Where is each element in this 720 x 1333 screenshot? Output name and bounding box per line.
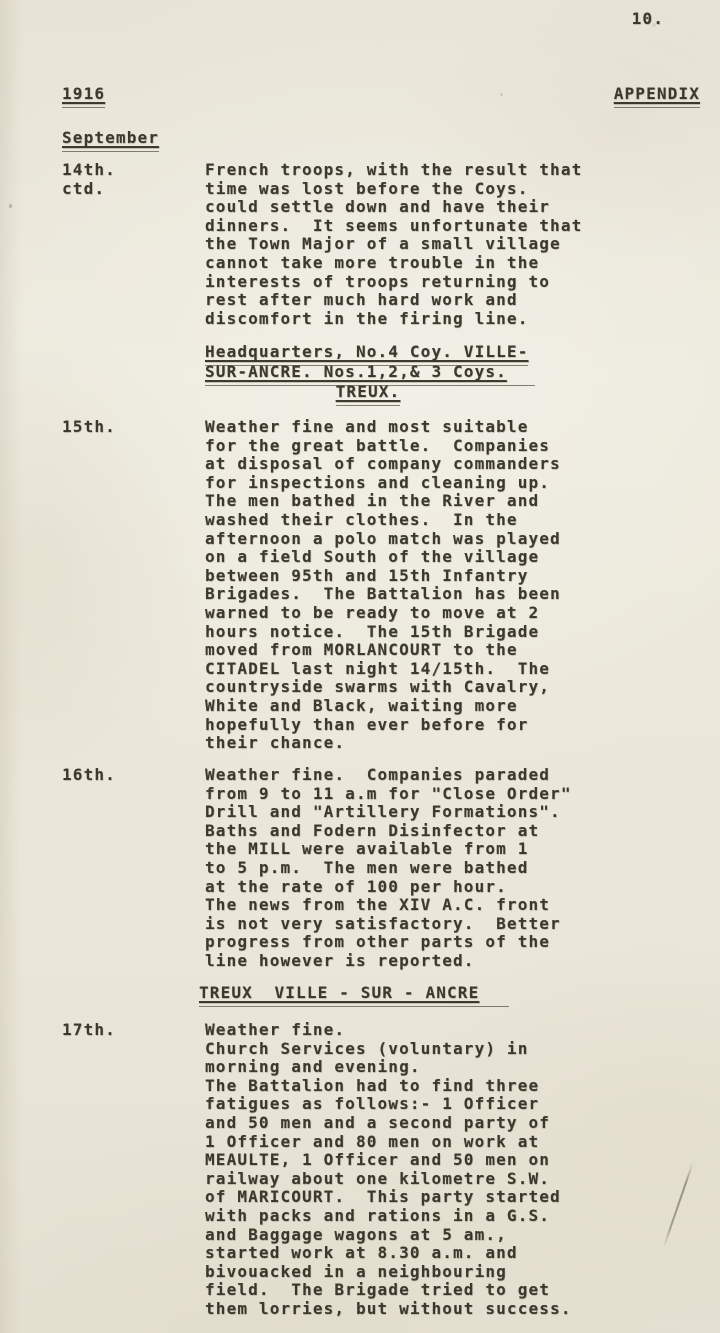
- entry-date: 16th.: [62, 766, 116, 785]
- entry-body: French troops, with the result that time…: [205, 161, 582, 328]
- paper-crease: [663, 1162, 694, 1248]
- appendix-heading: APPENDIX: [614, 84, 700, 108]
- paper-speck: [500, 93, 503, 96]
- page-number: 10.: [632, 10, 664, 29]
- paper-sheet: 10. 1916 APPENDIX September 14th. ctd. F…: [0, 0, 720, 1333]
- paper-speck: [652, 23, 656, 27]
- paper-speck: [9, 204, 12, 208]
- section-heading-treux: TREUX VILLE - SUR - ANCRE: [199, 983, 509, 1007]
- entry-date: 14th. ctd.: [62, 161, 116, 198]
- year-heading: 1916: [62, 84, 105, 108]
- entry-date: 15th.: [62, 418, 116, 437]
- entry-body: Weather fine. Church Services (voluntary…: [205, 1021, 572, 1319]
- entry-body: Weather fine and most suitable for the g…: [205, 418, 561, 753]
- heading-line: TREUX.: [336, 382, 401, 406]
- entry-date: 17th.: [62, 1021, 116, 1040]
- entry-body: Weather fine. Companies paraded from 9 t…: [205, 766, 572, 971]
- section-heading-hq: Headquarters, No.4 Coy. VILLE- SUR-ANCRE…: [205, 342, 531, 402]
- month-heading: September: [62, 128, 159, 152]
